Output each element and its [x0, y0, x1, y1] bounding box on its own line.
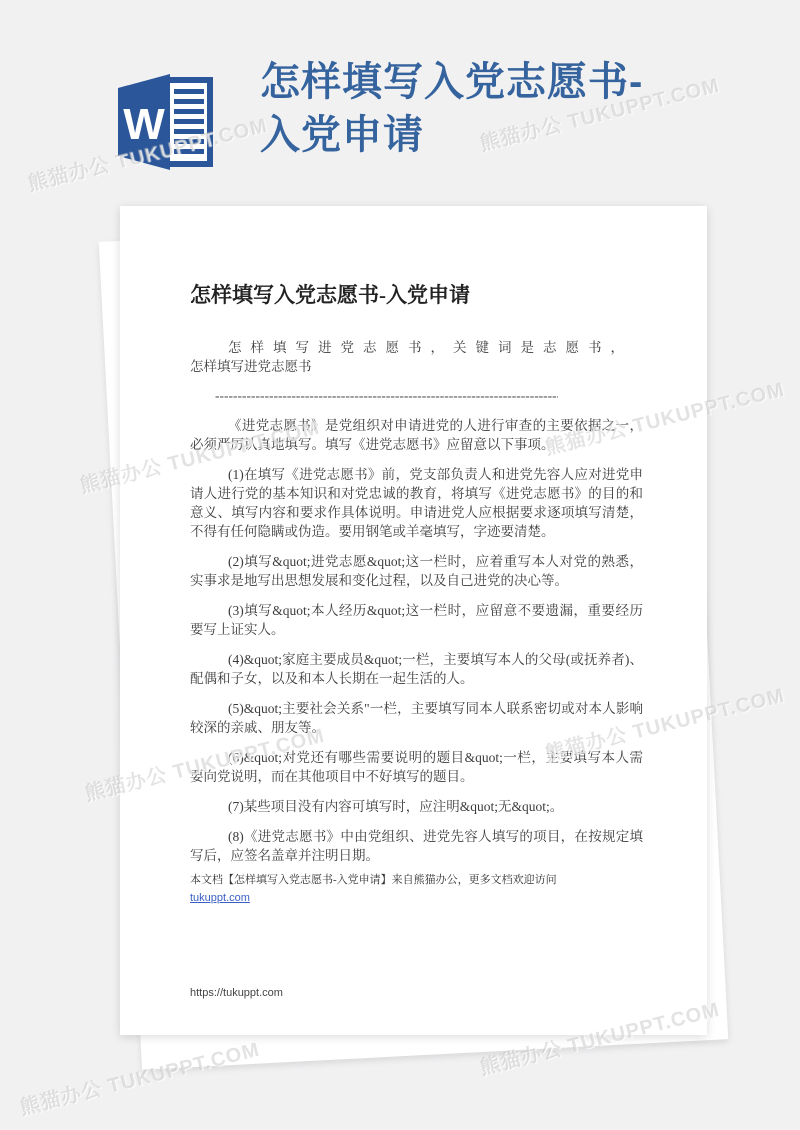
word-icon-graphic: W — [110, 72, 214, 172]
paragraph: (4)&quot;家庭主要成员&quot;一栏，主要填写本人的父母(或抚养者)、… — [190, 650, 643, 688]
word-file-icon: W — [110, 72, 214, 172]
page-url-text: https://tukuppt.com — [190, 987, 283, 999]
intro-line-1: 怎样填写进党志愿书，关键词是志愿书， — [190, 338, 643, 357]
paragraph: (5)&quot;主要社会关系"一栏，主要填写同本人联系密切或对本人影响较深的亲… — [190, 699, 643, 737]
document-title: 怎样填写入党志愿书-入党申请 — [190, 281, 643, 310]
paragraph: (1)在填写《进党志愿书》前，党支部负责人和进党先容人应对进党申请人进行党的基本… — [190, 465, 643, 541]
source-link[interactable]: tukuppt.com — [190, 891, 250, 906]
paragraph: 《进党志愿书》是党组织对申请进党的人进行审查的主要依据之一，必须严厉认真地填写。… — [190, 416, 643, 454]
page-title-line-1: 怎样填写入党志愿书- — [260, 56, 710, 109]
paragraph: (3)填写&quot;本人经历&quot;这一栏时，应留意不要遗漏，重要经历要写… — [190, 601, 643, 639]
source-note: 本文档【怎样填写入党志愿书-入党申请】来自熊猫办公，更多文档欢迎访问 — [190, 873, 643, 888]
paragraph: (7)某些项目没有内容可填写时，应注明&quot;无&quot;。 — [190, 797, 643, 816]
document-page: 怎样填写入党志愿书-入党申请 怎样填写进党志愿书，关键词是志愿书， 怎样填写进党… — [120, 206, 707, 1035]
separator-line: ----------------------------------------… — [215, 386, 558, 405]
document-preview-page: W 怎样填写入党志愿书- 入党申请 怎样填写入党志愿书-入党申请 怎样填写进党志… — [0, 0, 800, 1130]
page-title: 怎样填写入党志愿书- 入党申请 — [260, 56, 710, 162]
word-icon-letter: W — [123, 100, 165, 149]
paragraph: (6)&quot;对党还有哪些需要说明的题目&quot;一栏，主要填写本人需要向… — [190, 748, 643, 786]
intro-line-2: 怎样填写进党志愿书 — [190, 357, 643, 376]
page-title-line-2: 入党申请 — [260, 109, 710, 162]
paragraph: (8)《进党志愿书》中由党组织、进党先容人填写的项目，在按规定填写后，应签名盖章… — [190, 827, 643, 865]
paragraph: (2)填写&quot;进党志愿&quot;这一栏时，应着重写本人对党的熟悉，实事… — [190, 552, 643, 590]
